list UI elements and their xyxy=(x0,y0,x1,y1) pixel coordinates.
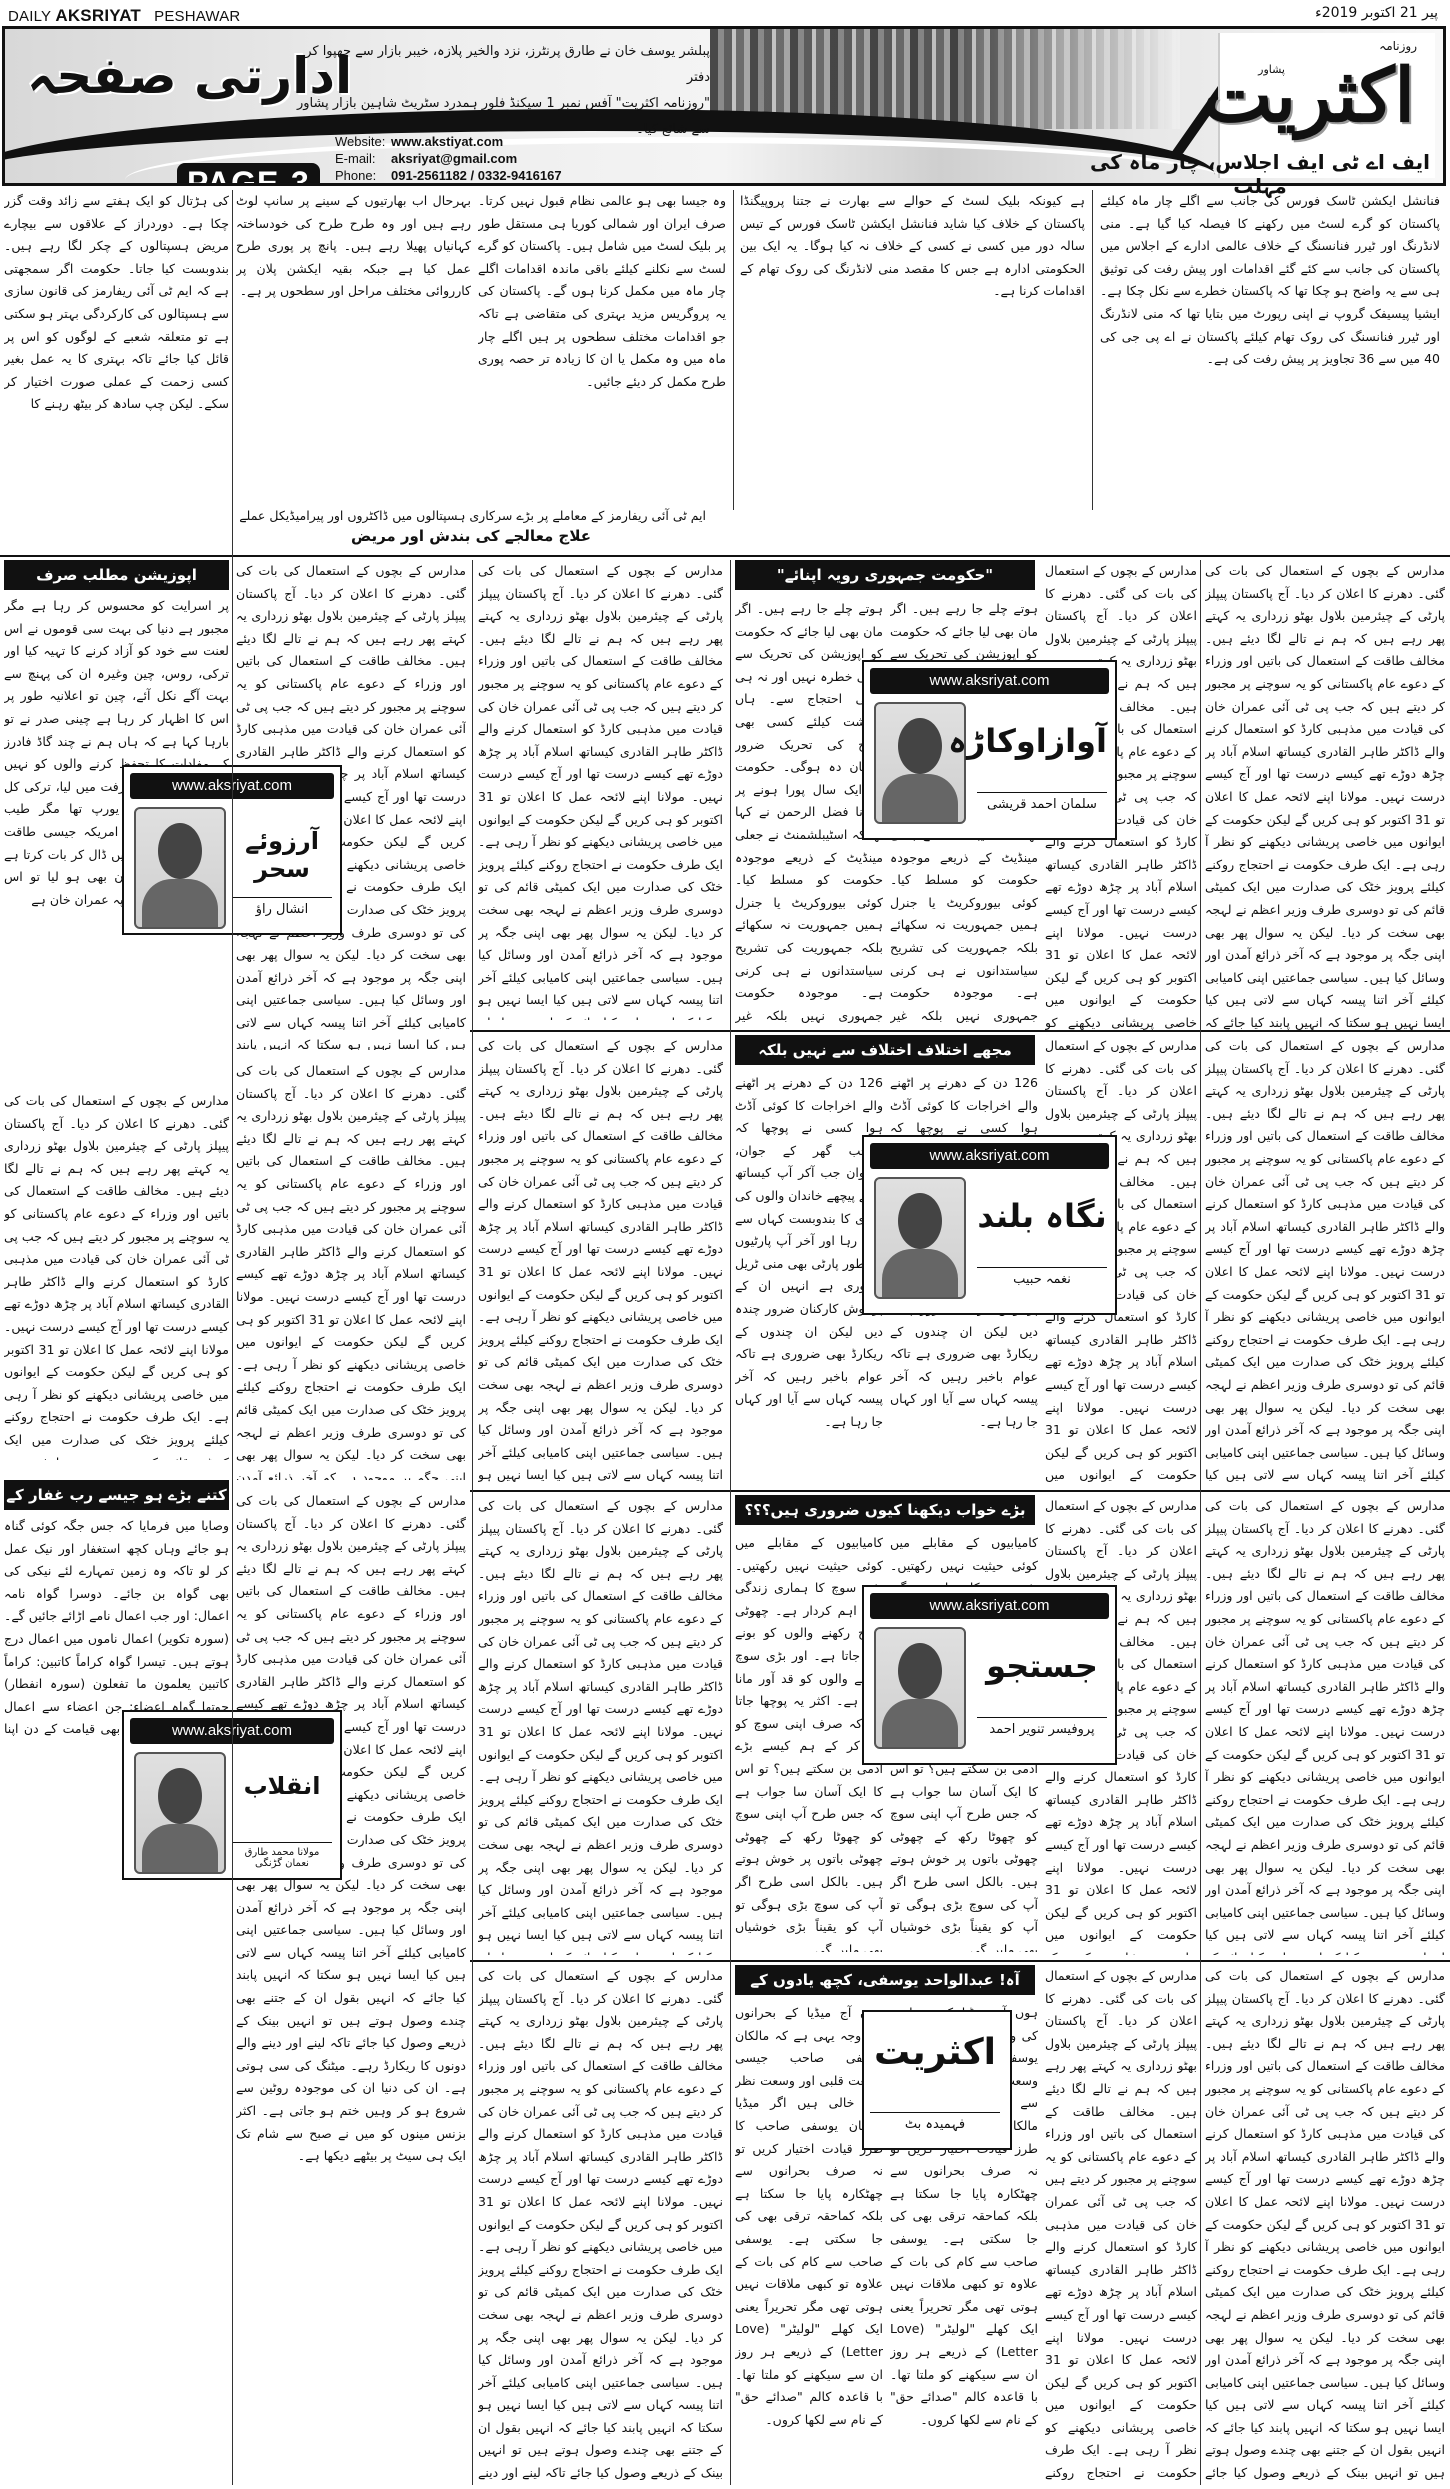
author-name: پروفیسر تنویر احمد xyxy=(977,1717,1107,1737)
column-text: ہوں آج میڈیا کے بحرانوں کی وجہ یہی ہے کہ… xyxy=(735,2002,883,2480)
column-title-yousafi: آہ! عبدالواحد یوسفی، کچھ یادوں کے انمٹ ن… xyxy=(735,1965,1035,1995)
author-name: مولانا محمد طارق نعمان گڑنگی xyxy=(232,1842,332,1869)
column-text: مدارس کے بچوں کے استعمال کی بات کی گئی۔ … xyxy=(1205,560,1445,1030)
column-name: آوازاوکاڑہ xyxy=(977,722,1107,760)
paper-name: AKSRIYAT xyxy=(55,6,141,25)
publisher-line-1: پبلشر یوسف خان نے طارق پرنٹرز، نزد والخی… xyxy=(280,39,710,91)
section-divider xyxy=(470,1490,1450,1492)
column-title-difference: مجھے اختلاف اختلاف سے نہیں بلکہ طریقہ اخ… xyxy=(735,1035,1035,1065)
author-photo xyxy=(134,807,226,929)
column-text: مدارس کے بچوں کے استعمال کی بات کی گئی۔ … xyxy=(478,560,723,1020)
author-photo xyxy=(874,1177,966,1299)
logo-name: اکثریت xyxy=(1203,59,1415,133)
editorial-col-5: کی ہڑتال کو ایک ہفتے سے زائد وقت گزر چکا… xyxy=(4,190,229,520)
section-divider xyxy=(470,1960,1450,1962)
column-text: مدارس کے بچوں کے استعمال کی بات کی گئی۔ … xyxy=(478,1495,723,1955)
column-name: آرزوئے سحر xyxy=(232,827,332,883)
sub-editorial-intro: ایم ٹی آئی ریفارمز کے معاملے پر بڑے سرکا… xyxy=(236,505,706,527)
column-text: ہوتے چلے جا رہے ہیں۔ اگر مان بھی لیا جائ… xyxy=(735,598,883,1028)
paper-name-line: DAILY AKSRIYAT PESHAWAR xyxy=(8,6,240,26)
author-name: نغمہ حبیب xyxy=(977,1267,1107,1287)
author-url: www.aksriyat.com xyxy=(870,1593,1109,1619)
divider xyxy=(232,190,233,2485)
author-box-dreams: www.aksriyat.com جستجو پروفیسر تنویر احم… xyxy=(862,1585,1117,1765)
column-text: وصایا میں فرمایا کہ جس جگہ کوئی گناہ ہو … xyxy=(4,1515,229,2475)
phone-number: 091-2561182 / 0332-9416167 xyxy=(391,168,562,183)
author-photo xyxy=(874,702,966,824)
editorial-col-3: وہ جیسا بھی ہو عالمی نظام قبول نہیں کرتا… xyxy=(478,190,726,515)
contact-info: Website:www.akstiyat.com E-mail:aksriyat… xyxy=(335,133,562,184)
editorial-col-2: ہے کیونکہ بلیک لسٹ کے حوالے سے بھارت نے … xyxy=(740,190,1085,510)
author-photo xyxy=(134,1752,226,1874)
email-link[interactable]: aksriyat@gmail.com xyxy=(391,151,517,166)
column-text: مدارس کے بچوں کے استعمال کی بات کی گئی۔ … xyxy=(1045,1965,1197,2480)
column-title-democratic: "حکومت جمہوری رویہ اپنائے" xyxy=(735,560,1035,590)
author-name: سلمان احمد قریشی xyxy=(977,792,1107,812)
author-name: فہمیدہ بٹ xyxy=(870,2112,1000,2132)
publisher-info: پبلشر یوسف خان نے طارق پرنٹرز، نزد والخی… xyxy=(280,39,710,143)
author-name: انشال راؤ xyxy=(232,897,332,917)
column-title-opposition: اپوزیشن مطلب صرف اپوزیشن کرنا xyxy=(4,560,229,590)
column-text: مدارس کے بچوں کے استعمال کی بات کی گئی۔ … xyxy=(236,1060,466,1480)
divider xyxy=(733,190,734,510)
author-box-democratic: www.aksriyat.com آوازاوکاڑہ سلمان احمد ق… xyxy=(862,660,1117,840)
column-text: 126 دن کے دھرنے پر اٹھنے والے اخراجات کا… xyxy=(735,1072,883,1482)
column-text: مدارس کے بچوں کے استعمال کی بات کی گئی۔ … xyxy=(478,1965,723,2480)
author-url: www.aksriyat.com xyxy=(870,1143,1109,1169)
section-divider xyxy=(0,555,1450,557)
author-photo xyxy=(874,1627,966,1749)
column-text: مدارس کے بچوں کے استعمال کی بات کی گئی۔ … xyxy=(478,1035,723,1485)
editorial-col-1: فنانشل ایکشن ٹاسک فورس کی جانب سے اگلے چ… xyxy=(1100,190,1440,510)
logo-top-text: روزنامہ xyxy=(1379,39,1417,53)
top-bar: DAILY AKSRIYAT PESHAWAR پیر 21 اکتوبر 20… xyxy=(0,0,1450,28)
column-title-dreams: بڑے خواب دیکھنا کیوں ضروری ہیں؟؟؟ xyxy=(735,1495,1035,1525)
column-name: جستجو xyxy=(977,1647,1107,1685)
column-text: مدارس کے بچوں کے استعمال کی بات کی گئی۔ … xyxy=(1205,1495,1445,1955)
issue-date: پیر 21 اکتوبر 2019ء xyxy=(1315,5,1438,21)
column-title-speech: کتنے بڑے ہو جیسے رب غفار کے xyxy=(4,1480,229,1510)
column-name: انقلاب xyxy=(232,1772,332,1800)
paper-prefix: DAILY xyxy=(8,8,51,25)
divider xyxy=(472,560,473,2485)
divider xyxy=(1200,560,1201,2485)
paper-city: PESHAWAR xyxy=(154,8,240,25)
column-name: اکثریت xyxy=(870,2032,1000,2073)
column-text: مدارس کے بچوں کے استعمال کی بات کی گئی۔ … xyxy=(4,1090,229,1460)
phone-label: Phone: xyxy=(335,167,391,184)
column-name: نگاہ بلند xyxy=(977,1197,1107,1235)
author-box-yousafi: اکثریت فہمیدہ بٹ xyxy=(862,2010,1012,2150)
editorial-col-4: بہرحال اب بھارتیوں کے سینے پر سانپ لوٹ ر… xyxy=(236,190,471,515)
divider xyxy=(1092,190,1093,510)
page-number-badge: PAGE-3 xyxy=(177,163,320,186)
column-text: کامیابیوں کے مقابلے میں کوئی حیثیت نہیں … xyxy=(735,1532,883,1952)
website-link[interactable]: www.akstiyat.com xyxy=(391,134,503,149)
author-box-difference: www.aksriyat.com نگاہ بلند نغمہ حبیب xyxy=(862,1135,1117,1315)
author-url: www.aksriyat.com xyxy=(870,668,1109,694)
email-label: E-mail: xyxy=(335,150,391,167)
section-divider xyxy=(470,1030,1450,1032)
website-label: Website: xyxy=(335,133,391,150)
column-text: مدارس کے بچوں کے استعمال کی بات کی گئی۔ … xyxy=(1205,1965,1445,2480)
sub-editorial-headline: علاج معالجے کی بندش اور مریض xyxy=(236,527,706,545)
divider xyxy=(730,560,731,2485)
column-text: مدارس کے بچوں کے استعمال کی بات کی گئی۔ … xyxy=(1205,1035,1445,1485)
column-text: مدارس کے بچوں کے استعمال کی بات کی گئی۔ … xyxy=(236,1490,466,2480)
